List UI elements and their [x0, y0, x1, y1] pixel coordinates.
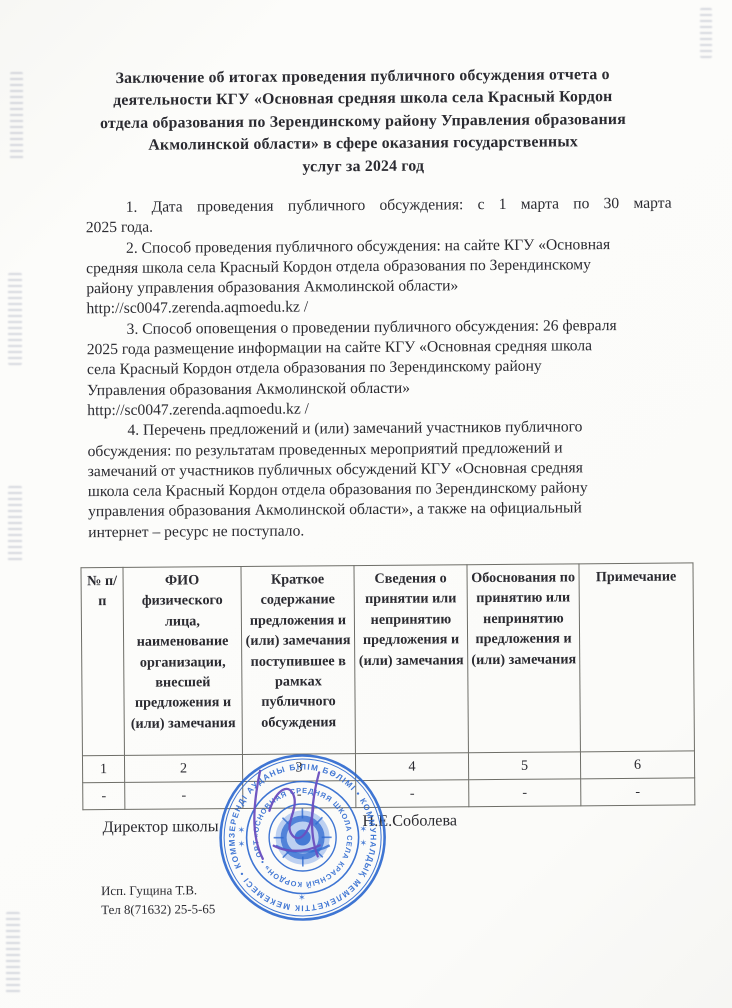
table-header-cell: № п/п — [81, 567, 124, 755]
table-cell: - — [469, 779, 581, 807]
svg-text:✶: ✶ — [360, 824, 368, 834]
table-header-row: № п/п ФИО физического лица, наименование… — [81, 563, 694, 756]
table-header-cell: Примечание — [579, 563, 694, 752]
table-cell: 6 — [580, 751, 694, 779]
paragraph-2: 2. Способ проведения публичного обсужден… — [86, 234, 673, 320]
paragraph-1: 1. Дата проведения публичного обсуждения… — [86, 194, 672, 239]
official-stamp: ЗЕРЕНДІ АУДАНЫ БІЛІМ БӨЛІМІ • КОММУНАЛДЫ… — [213, 748, 392, 927]
signer-role: Директор школы — [102, 817, 218, 837]
table-header-cell: ФИО физического лица, наименование орган… — [123, 566, 242, 755]
svg-text:✶: ✶ — [238, 839, 246, 849]
document-title: Заключение об итогах проведения публично… — [55, 64, 672, 181]
body-text: 1. Дата проведения публичного обсуждения… — [86, 194, 675, 544]
table-header-cell: Обоснования по принятию или непринятию п… — [467, 564, 580, 753]
table-header-cell: Краткое содержание предложения и (или) з… — [241, 566, 355, 755]
executor-footer: Исп. Гущина Т.В. Тел 8(71632) 25-5-65 — [101, 881, 215, 919]
executor-phone: Тел 8(71632) 25-5-65 — [101, 900, 215, 919]
stamp-graphic: ЗЕРЕНДІ АУДАНЫ БІЛІМ БӨЛІМІ • КОММУНАЛДЫ… — [213, 748, 392, 927]
table-header-cell: Сведения о принятии или непринятию предл… — [354, 565, 468, 754]
document-content: Заключение об итогах проведения публично… — [0, 0, 732, 1008]
paragraph-4: 4. Перечень предложений и (или) замечани… — [87, 417, 674, 543]
paragraph-3: 3. Способ оповещения о проведении публич… — [87, 315, 674, 421]
svg-text:✶: ✶ — [238, 825, 246, 835]
paragraph-line: интернет – ресурс не поступало. — [88, 518, 674, 543]
executor-name: Исп. Гущина Т.В. — [101, 881, 215, 900]
svg-text:✶: ✶ — [360, 838, 368, 848]
table-cell: - — [581, 778, 695, 806]
table-cell: 5 — [468, 752, 580, 780]
table-cell: - — [83, 782, 125, 809]
svg-text:✶: ✶ — [298, 892, 306, 902]
table-cell: 1 — [82, 755, 124, 782]
